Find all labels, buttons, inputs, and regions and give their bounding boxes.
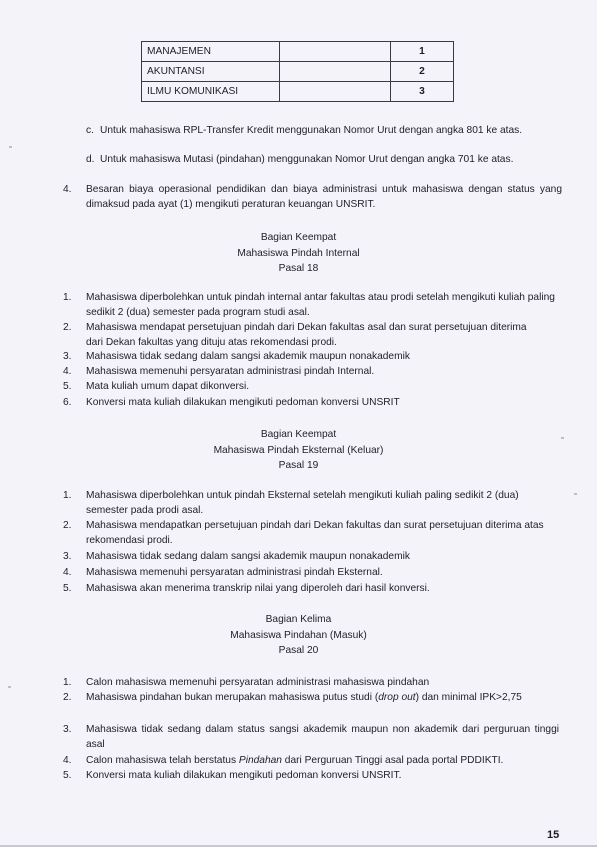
item-label: c.: [86, 123, 94, 138]
table-row: AKUNTANSI 2: [142, 62, 454, 82]
blank-cell: [280, 62, 391, 82]
section-title: Mahasiswa Pindahan (Masuk): [0, 628, 597, 644]
section-article: Pasal 18: [0, 261, 597, 277]
item-text: Mahasiswa diperbolehkan untuk pindah int…: [86, 290, 562, 320]
item-text: Besaran biaya operasional pendidikan dan…: [86, 182, 562, 212]
italic-term: Pindahan: [239, 755, 282, 766]
item-label: 3.: [63, 549, 72, 564]
prodi-code: 2: [391, 62, 454, 82]
section-article: Pasal 20: [0, 643, 597, 659]
text-segment: ) dan minimal IPK>2,75: [416, 692, 522, 703]
item-text: Mahasiswa tidak sedang dalam sangsi akad…: [86, 549, 562, 564]
item-text: Konversi mata kuliah dilakukan mengikuti…: [86, 768, 562, 783]
item-label: 3.: [63, 722, 72, 737]
item-text: Mahasiswa memenuhi persyaratan administr…: [86, 565, 562, 580]
prodi-name: ILMU KOMUNIKASI: [142, 82, 280, 102]
prodi-name: MANAJEMEN: [142, 42, 280, 62]
item-label: 5.: [63, 768, 72, 783]
section-heading: Bagian Kelima Mahasiswa Pindahan (Masuk)…: [0, 612, 597, 659]
item-text: Mahasiswa diperbolehkan untuk pindah Eks…: [86, 488, 556, 518]
page-number: 15: [547, 829, 559, 841]
item-label: 5.: [63, 379, 72, 394]
text-segment: Mahasiswa pindahan bukan merupakan mahas…: [86, 692, 378, 703]
item-label: 4.: [63, 565, 72, 580]
item-text: Mahasiswa mendapat persetujuan pindah da…: [86, 320, 546, 350]
section-article: Pasal 19: [0, 458, 597, 474]
scan-speck: [8, 686, 11, 688]
prodi-name: AKUNTANSI: [142, 62, 280, 82]
item-label: 2.: [63, 320, 72, 335]
item-text: Mahasiswa memenuhi persyaratan administr…: [86, 364, 562, 379]
item-label: 6.: [63, 395, 72, 410]
prodi-code: 1: [391, 42, 454, 62]
item-text: Calon mahasiswa telah berstatus Pindahan…: [86, 753, 566, 768]
text-segment: dari Perguruan Tinggi asal pada portal P…: [282, 755, 503, 766]
item-label: 4.: [63, 753, 72, 768]
prodi-code: 3: [391, 82, 454, 102]
item-label: 1.: [63, 675, 72, 690]
table-row: MANAJEMEN 1: [142, 42, 454, 62]
blank-cell: [280, 82, 391, 102]
prodi-code-table: MANAJEMEN 1 AKUNTANSI 2 ILMU KOMUNIKASI …: [141, 41, 454, 102]
section-part: Bagian Kelima: [0, 612, 597, 628]
section-title: Mahasiswa Pindah Internal: [0, 246, 597, 262]
item-label: 3.: [63, 349, 72, 364]
item-label: 1.: [63, 488, 72, 503]
scan-speck: [574, 493, 577, 495]
item-label: 4.: [63, 182, 72, 197]
blank-cell: [280, 42, 391, 62]
item-label: 5.: [63, 581, 72, 596]
item-text: Mahasiswa tidak sedang dalam status sang…: [86, 722, 559, 752]
item-label: 2.: [63, 518, 72, 533]
section-part: Bagian Keempat: [0, 230, 597, 246]
item-label: 1.: [63, 290, 72, 305]
item-label: 2.: [63, 690, 72, 705]
item-label: 4.: [63, 364, 72, 379]
item-text: Untuk mahasiswa Mutasi (pindahan) menggu…: [100, 152, 562, 167]
text-segment: Calon mahasiswa telah berstatus: [86, 755, 239, 766]
item-text: Mahasiswa mendapatkan persetujuan pindah…: [86, 518, 546, 548]
item-text: Calon mahasiswa memenuhi persyaratan adm…: [86, 675, 562, 690]
item-label: d.: [86, 152, 95, 167]
section-heading: Bagian Keempat Mahasiswa Pindah Eksterna…: [0, 427, 597, 474]
section-part: Bagian Keempat: [0, 427, 597, 443]
item-text: Untuk mahasiswa RPL-Transfer Kredit meng…: [100, 123, 562, 138]
item-text: Mahasiswa pindahan bukan merupakan mahas…: [86, 690, 559, 705]
scan-speck: [9, 146, 12, 148]
italic-term: drop out: [378, 692, 415, 703]
section-title: Mahasiswa Pindah Eksternal (Keluar): [0, 443, 597, 459]
item-text: Mata kuliah umum dapat dikonversi.: [86, 379, 562, 394]
table-row: ILMU KOMUNIKASI 3: [142, 82, 454, 102]
scan-speck: [561, 437, 564, 439]
item-text: Mahasiswa tidak sedang dalam sangsi akad…: [86, 349, 562, 364]
section-heading: Bagian Keempat Mahasiswa Pindah Internal…: [0, 230, 597, 277]
item-text: Konversi mata kuliah dilakukan mengikuti…: [86, 395, 562, 410]
item-text: Mahasiswa akan menerima transkrip nilai …: [86, 581, 562, 596]
